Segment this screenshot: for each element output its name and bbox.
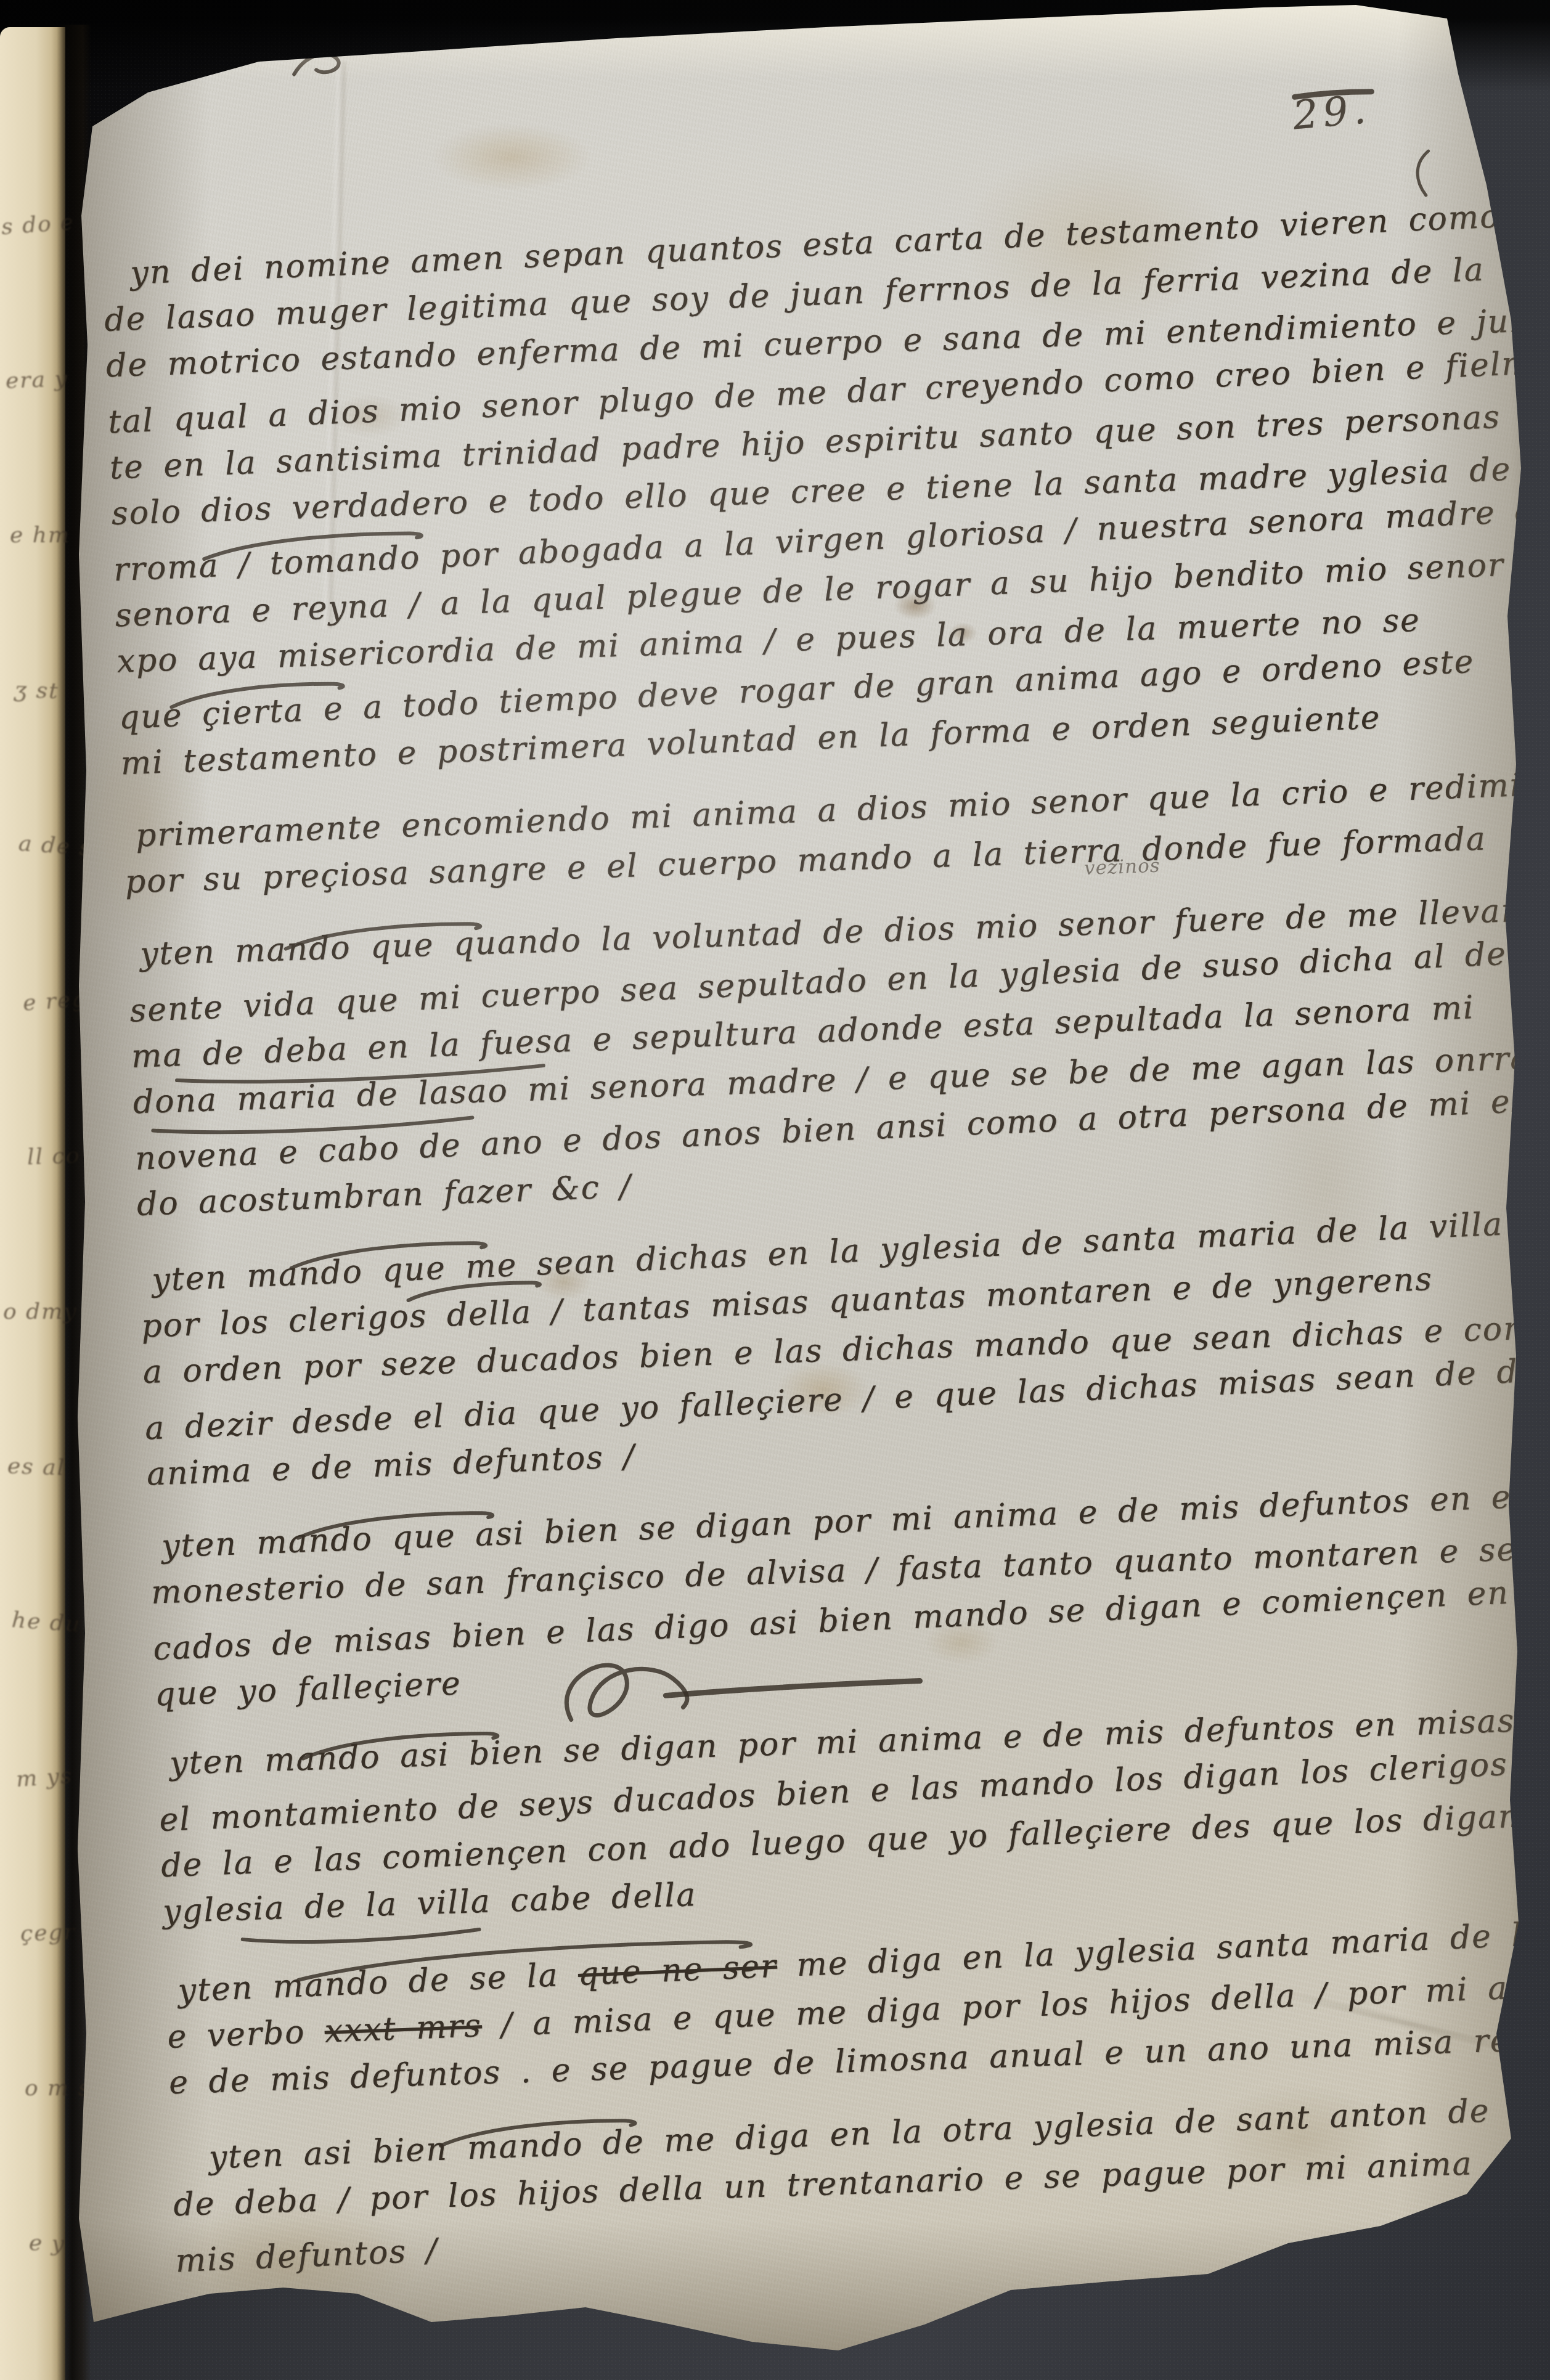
folio-number: 29. <box>1291 87 1373 139</box>
manuscript-page: vezinos yn dei nomine amen sepan quantos… <box>0 0 1550 2380</box>
manuscript-photograph: s do eera ye hmʒ sta de se regll coo dmy… <box>0 0 1550 2380</box>
manuscript-paragraph: yten mando asi bien se digan por mi anim… <box>157 1690 1550 1941</box>
facing-page-text-fragment: ʒ st <box>14 677 59 704</box>
text-segment: yglesia de la villa cabe della <box>162 1877 697 1930</box>
paper-stain <box>431 123 592 191</box>
manuscript-text-block: vezinos yn dei nomine amen sepan quantos… <box>102 194 1550 2352</box>
text-segment: mis defuntos / <box>175 2232 439 2280</box>
text-segment: que yo falleçiere <box>154 1665 462 1713</box>
text-segment: e verbo <box>166 2013 325 2056</box>
text-segment: xxxt mrs <box>324 2007 483 2050</box>
ink-arc-mark <box>1407 149 1437 197</box>
facing-page-edge: s do eera ye hmʒ sta de se regll coo dmy… <box>0 27 65 2380</box>
manuscript-paragraph: primeramente encomiendo mi anima a dios … <box>123 759 1550 911</box>
